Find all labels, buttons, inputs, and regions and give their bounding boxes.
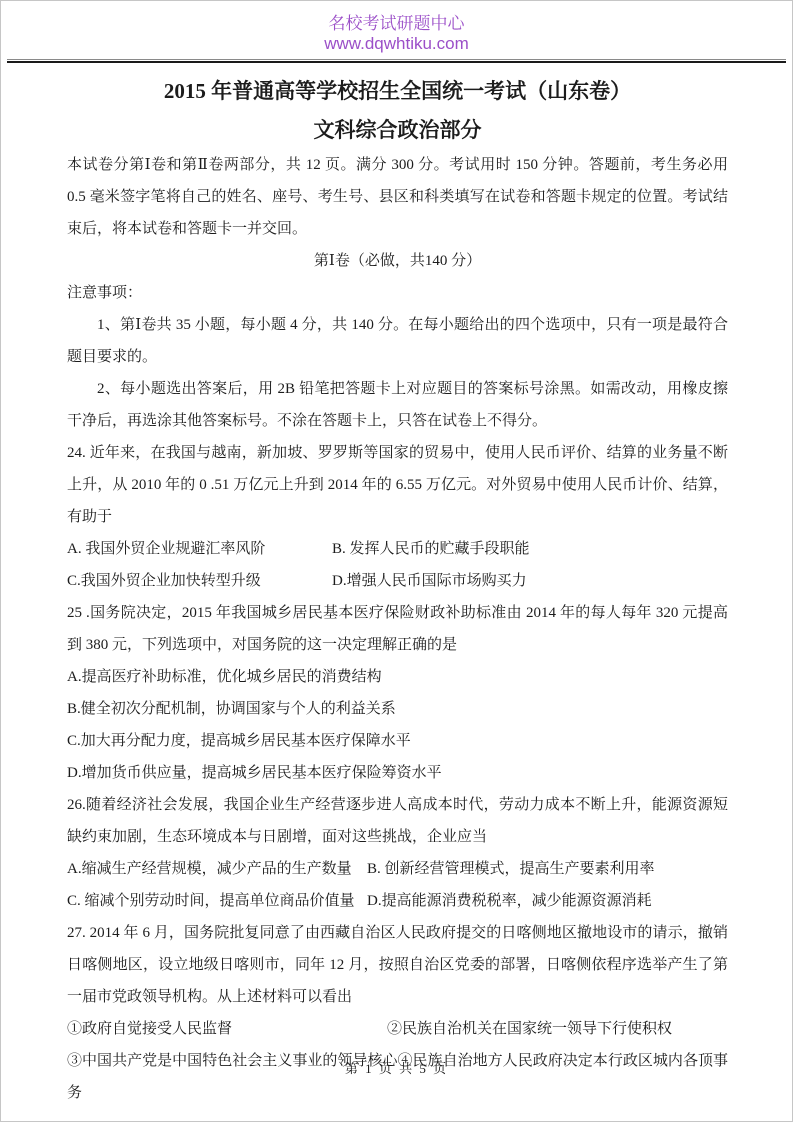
- question-27-option-2: ②民族自治机关在国家统一领导下行使积权: [387, 1013, 672, 1045]
- note-item-2: 2、每小题选出答案后，用 2B 铅笔把答题卡上对应题目的答案标号涂黑。如需改动，…: [67, 373, 728, 437]
- question-24-option-c: C.我国外贸企业加快转型升级: [67, 565, 332, 597]
- question-26-option-b: B. 创新经营管理模式，提高生产要素利用率: [367, 853, 655, 885]
- header-divider: [7, 59, 786, 63]
- document-body: 2015 年普通高等学校招生全国统一考试（山东卷） 文科综合政治部分 本试卷分第…: [1, 76, 792, 1109]
- document-page: 名校考试研题中心 www.dqwhtiku.com 2015 年普通高等学校招生…: [0, 0, 793, 1122]
- question-26-option-d: D.提高能源消费税税率，减少能源资源消耗: [367, 885, 652, 917]
- page-number: 第 1 页 共 5 页: [345, 1061, 448, 1076]
- question-25-stem: 25 .国务院决定，2015 年我国城乡居民基本医疗保险财政补助标准由 2014…: [67, 597, 728, 661]
- question-26-option-a: A.缩减生产经营规模，减少产品的生产数量: [67, 853, 367, 885]
- question-27-options-row-1: ①政府自觉接受人民监督 ②民族自治机关在国家统一领导下行使积权: [67, 1013, 728, 1045]
- watermark-header: 名校考试研题中心 www.dqwhtiku.com: [1, 1, 792, 54]
- question-26-options-row-1: A.缩减生产经营规模，减少产品的生产数量 B. 创新经营管理模式，提高生产要素利…: [67, 853, 728, 885]
- question-24-options-row-1: A. 我国外贸企业规避汇率风阶 B. 发挥人民币的贮藏手段职能: [67, 533, 728, 565]
- notes-heading: 注意事项：: [67, 277, 728, 309]
- question-27-stem: 27. 2014 年 6 月，国务院批复同意了由西藏自治区人民政府提交的日喀侧地…: [67, 917, 728, 1013]
- section-heading: 第Ⅰ卷（必做，共140 分）: [67, 245, 728, 277]
- note-item-1: 1、第Ⅰ卷共 35 小题，每小题 4 分，共 140 分。在每小题给出的四个选项…: [67, 309, 728, 373]
- question-25-option-d: D.增加货币供应量，提高城乡居民基本医疗保险筹资水平: [67, 757, 728, 789]
- question-25-option-a: A.提高医疗补助标准，优化城乡居民的消费结构: [67, 661, 728, 693]
- question-26-stem: 26.随着经济社会发展，我国企业生产经营逐步进人高成本时代，劳动力成本不断上升，…: [67, 789, 728, 853]
- page-footer: 第 1 页 共 5 页: [1, 1058, 792, 1077]
- watermark-site-url[interactable]: www.dqwhtiku.com: [1, 34, 792, 54]
- question-24-stem: 24. 近年来，在我国与越南，新加坡、罗罗斯等国家的贸易中，使用人民币评价、结算…: [67, 437, 728, 533]
- exam-subtitle: 文科综合政治部分: [67, 115, 728, 145]
- exam-instructions: 本试卷分第Ⅰ卷和第Ⅱ卷两部分，共 12 页。满分 300 分。考试用时 150 …: [67, 149, 728, 245]
- question-27-options-row-2: ③中国共产党是中国特色社会主义事业的领导核心④民族自治地方人民政府决定本行政区城…: [67, 1045, 728, 1109]
- question-27-option-1: ①政府自觉接受人民监督: [67, 1013, 387, 1045]
- question-26-options-row-2: C. 缩减个别劳动时间，提高单位商品价值量 D.提高能源消费税税率，减少能源资源…: [67, 885, 728, 917]
- exam-title: 2015 年普通高等学校招生全国统一考试（山东卷）: [67, 76, 728, 106]
- question-24-option-d: D.增强人民币国际市场购买力: [332, 565, 527, 597]
- question-24-option-b: B. 发挥人民币的贮藏手段职能: [332, 533, 530, 565]
- question-24-option-a: A. 我国外贸企业规避汇率风阶: [67, 533, 332, 565]
- question-26-option-c: C. 缩减个别劳动时间，提高单位商品价值量: [67, 885, 367, 917]
- question-24-options-row-2: C.我国外贸企业加快转型升级 D.增强人民币国际市场购买力: [67, 565, 728, 597]
- watermark-site-name: 名校考试研题中心: [1, 14, 792, 34]
- question-25-option-c: C.加大再分配力度，提高城乡居民基本医疗保障水平: [67, 725, 728, 757]
- question-25-option-b: B.健全初次分配机制，协调国家与个人的利益关系: [67, 693, 728, 725]
